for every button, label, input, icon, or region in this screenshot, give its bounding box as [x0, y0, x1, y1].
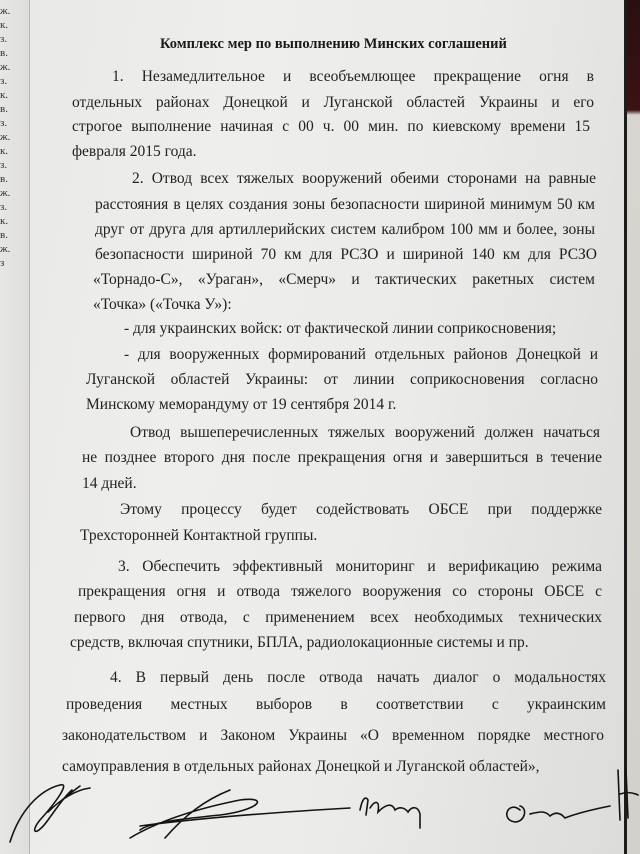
- signature-5: [618, 770, 638, 820]
- text-line: расстояния в целях создания зоны безопас…: [95, 196, 595, 214]
- signature-1: [10, 785, 90, 842]
- text-line: Этому процессу будет содействовать ОБСЕ …: [120, 501, 602, 519]
- text-line: прекращения огня и отвода тяжелого воору…: [78, 583, 602, 601]
- text-line: Луганской областей Украины: от линии соп…: [86, 371, 598, 389]
- text-line: законодательством и Законом Украины «О в…: [62, 727, 604, 745]
- text-line: первого дня отвода, с применением всех н…: [74, 609, 602, 627]
- text-line: февраля 2015 года.: [72, 143, 372, 161]
- signature-4: [507, 806, 610, 822]
- text-line: не позднее второго дня после прекращения…: [82, 449, 602, 467]
- text-line: безопасности шириной 70 км для РСЗО и ши…: [95, 246, 597, 264]
- text-line: Отвод вышеперечисленных тяжелых вооружен…: [130, 424, 600, 442]
- signatures: [0, 760, 640, 854]
- text-line: «Торнадо-С», «Ураган», «Смерч» и тактиче…: [93, 271, 595, 289]
- text-line: Трехсторонней Контактной группы.: [80, 527, 400, 545]
- text-line: 1. Незамедлительное и всеобъемлющее прек…: [112, 68, 594, 86]
- signature-2: [130, 790, 350, 838]
- text-line: средств, включая спутники, БПЛА, радиоло…: [70, 634, 590, 652]
- text-line: отдельных районах Донецкой и Луганской о…: [72, 94, 594, 112]
- underlying-page-text: ж.к.з.в.ж.з.к.в.з.ж.к.з.в.ж.з.к.в.ж.з: [0, 4, 14, 270]
- text-line: проведения местных выборов в соответстви…: [66, 696, 606, 714]
- text-line: 3. Обеспечить эффективный мониторинг и в…: [118, 558, 602, 576]
- signature-3: [360, 798, 420, 828]
- text-line: Минскому меморандуму от 19 сентября 2014…: [86, 396, 486, 414]
- text-line: друг от друга для артиллерийских систем …: [95, 221, 595, 239]
- text-line: 4. В первый день после отвода начать диа…: [110, 669, 606, 687]
- text-line: - для вооруженных формирований отдельных…: [124, 346, 598, 364]
- document-title: Комплекс мер по выполнению Минских согла…: [160, 36, 507, 53]
- text-line: - для украинских войск: от фактической л…: [124, 320, 594, 338]
- text-line: 14 дней.: [82, 475, 202, 493]
- text-line: 2. Отвод всех тяжелых вооружений обеими …: [132, 170, 596, 188]
- text-line: строгое выполнение начиная с 00 ч. 00 ми…: [72, 118, 590, 136]
- background-surface: [627, 0, 640, 854]
- text-line: «Точка» («Точка У»):: [93, 296, 393, 314]
